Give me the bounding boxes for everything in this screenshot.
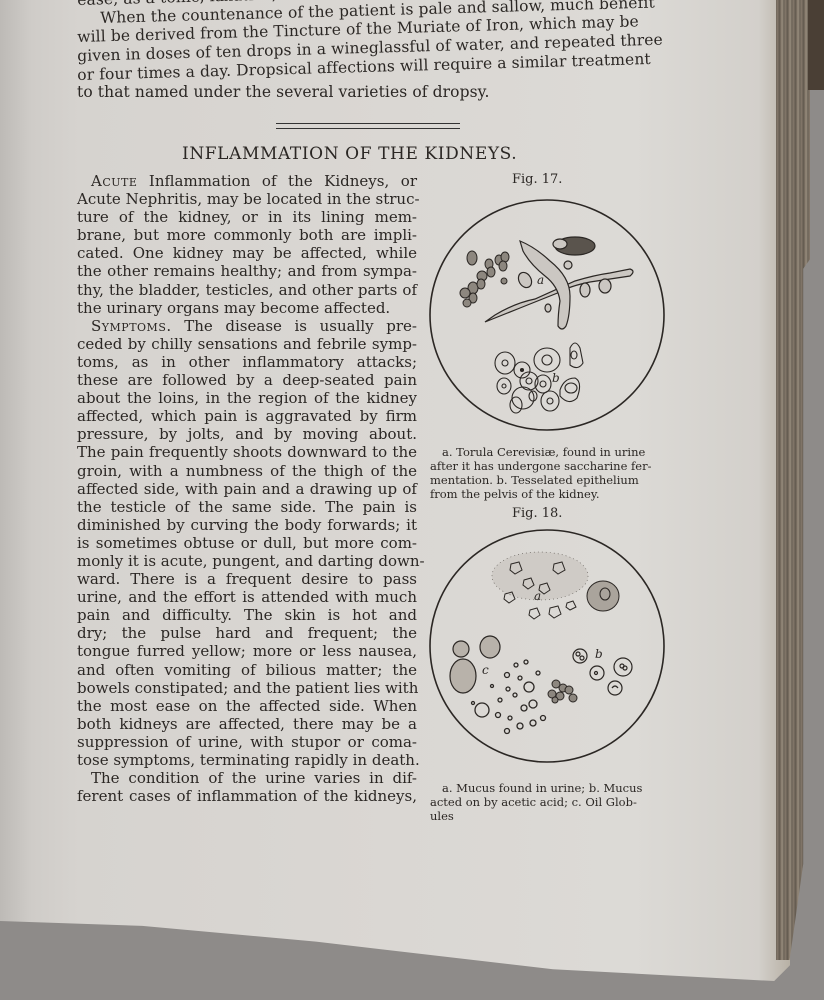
body-line: the other remains healthy; and from symp… [77, 262, 417, 280]
body-line: brane, but more commonly both are impli- [77, 226, 417, 244]
body-line: thy, the bladder, testicles, and other p… [77, 281, 417, 299]
figure-18-label: Fig. 18. [512, 506, 562, 521]
figure-18-caption: a. Mucus found in urine; b. Mucus acted … [430, 781, 666, 823]
body-line: and often vomiting of bilious matter; th… [77, 661, 417, 679]
body-line: pain and difficulty. The skin is hot and [77, 606, 417, 624]
figure-17-microscope-illustration: a b [425, 198, 675, 434]
body-line: Acute Inflammation of the Kidneys, or [77, 172, 417, 190]
marker-b: b [595, 647, 603, 661]
body-line: ferent cases of inflammation of the kidn… [77, 787, 417, 805]
top-paragraph-line: to that named under the several varietie… [77, 83, 489, 101]
symptoms-word: Symptoms. [91, 317, 172, 335]
section-heading: INFLAMMATION OF THE KIDNEYS. [182, 144, 517, 164]
body-line: ceded by chilly sensations and febrile s… [77, 335, 417, 353]
marker-a: a [534, 589, 541, 603]
body-line: affected, which pain is aggravated by fi… [77, 407, 417, 425]
marker-c: c [482, 663, 489, 677]
body-line: The pain frequently shoots downward to t… [77, 443, 417, 461]
body-line: Acute Nephritis, may be located in the s… [77, 190, 417, 208]
body-line: dry; the pulse hard and frequent; the [77, 624, 417, 642]
body-line: tongue furred yellow; more or less nause… [77, 642, 417, 660]
figure-17-label: Fig. 17. [512, 172, 562, 187]
body-line: pressure, by jolts, and by moving about. [77, 425, 417, 443]
lead-word: Acute [91, 172, 137, 190]
figure-18-microscope-illustration: a c b [425, 528, 675, 772]
body-line: urine, and the effort is attended with m… [77, 588, 417, 606]
body-line: Symptoms. The disease is usually pre- [77, 317, 417, 335]
body-line: diminished by curving the body forwards;… [77, 516, 417, 534]
page-edges [776, 0, 810, 960]
body-line: affected side, with pain and a drawing u… [77, 480, 417, 498]
body-column: Acute Inflammation of the Kidneys, or Ac… [77, 172, 417, 805]
body-line: toms, as in other inflammatory attacks; [77, 353, 417, 371]
body-line: about the loins, in the region of the ki… [77, 389, 417, 407]
body-line: bowels constipated; and the patient lies… [77, 679, 417, 697]
section-divider [276, 123, 460, 129]
body-line: these are followed by a deep-seated pain [77, 371, 417, 389]
body-line: ture of the kidney, or in its lining mem… [77, 208, 417, 226]
figure-17-caption: a. Torula Cerevisiæ, found in urine afte… [430, 445, 666, 501]
body-line: the most ease on the affected side. When [77, 697, 417, 715]
body-line: The condition of the urine varies in dif… [77, 769, 417, 787]
body-line: tose symptoms, terminating rapidly in de… [77, 751, 417, 769]
marker-b: b [552, 371, 560, 385]
body-line: ward. There is a frequent desire to pass [77, 570, 417, 588]
body-line: is sometimes obtuse or dull, but more co… [77, 534, 417, 552]
body-line: both kidneys are affected, there may be … [77, 715, 417, 733]
body-line: groin, with a numbness of the thigh of t… [77, 462, 417, 480]
body-line: the urinary organs may become affected. [77, 299, 417, 317]
body-line: the testicle of the same side. The pain … [77, 498, 417, 516]
marker-a: a [537, 273, 544, 287]
body-line: suppression of urine, with stupor or com… [77, 733, 417, 751]
body-line: monly it is acute, pungent, and darting … [77, 552, 417, 570]
book-cover-edge [808, 0, 824, 90]
body-line: cated. One kidney may be affected, while [77, 244, 417, 262]
